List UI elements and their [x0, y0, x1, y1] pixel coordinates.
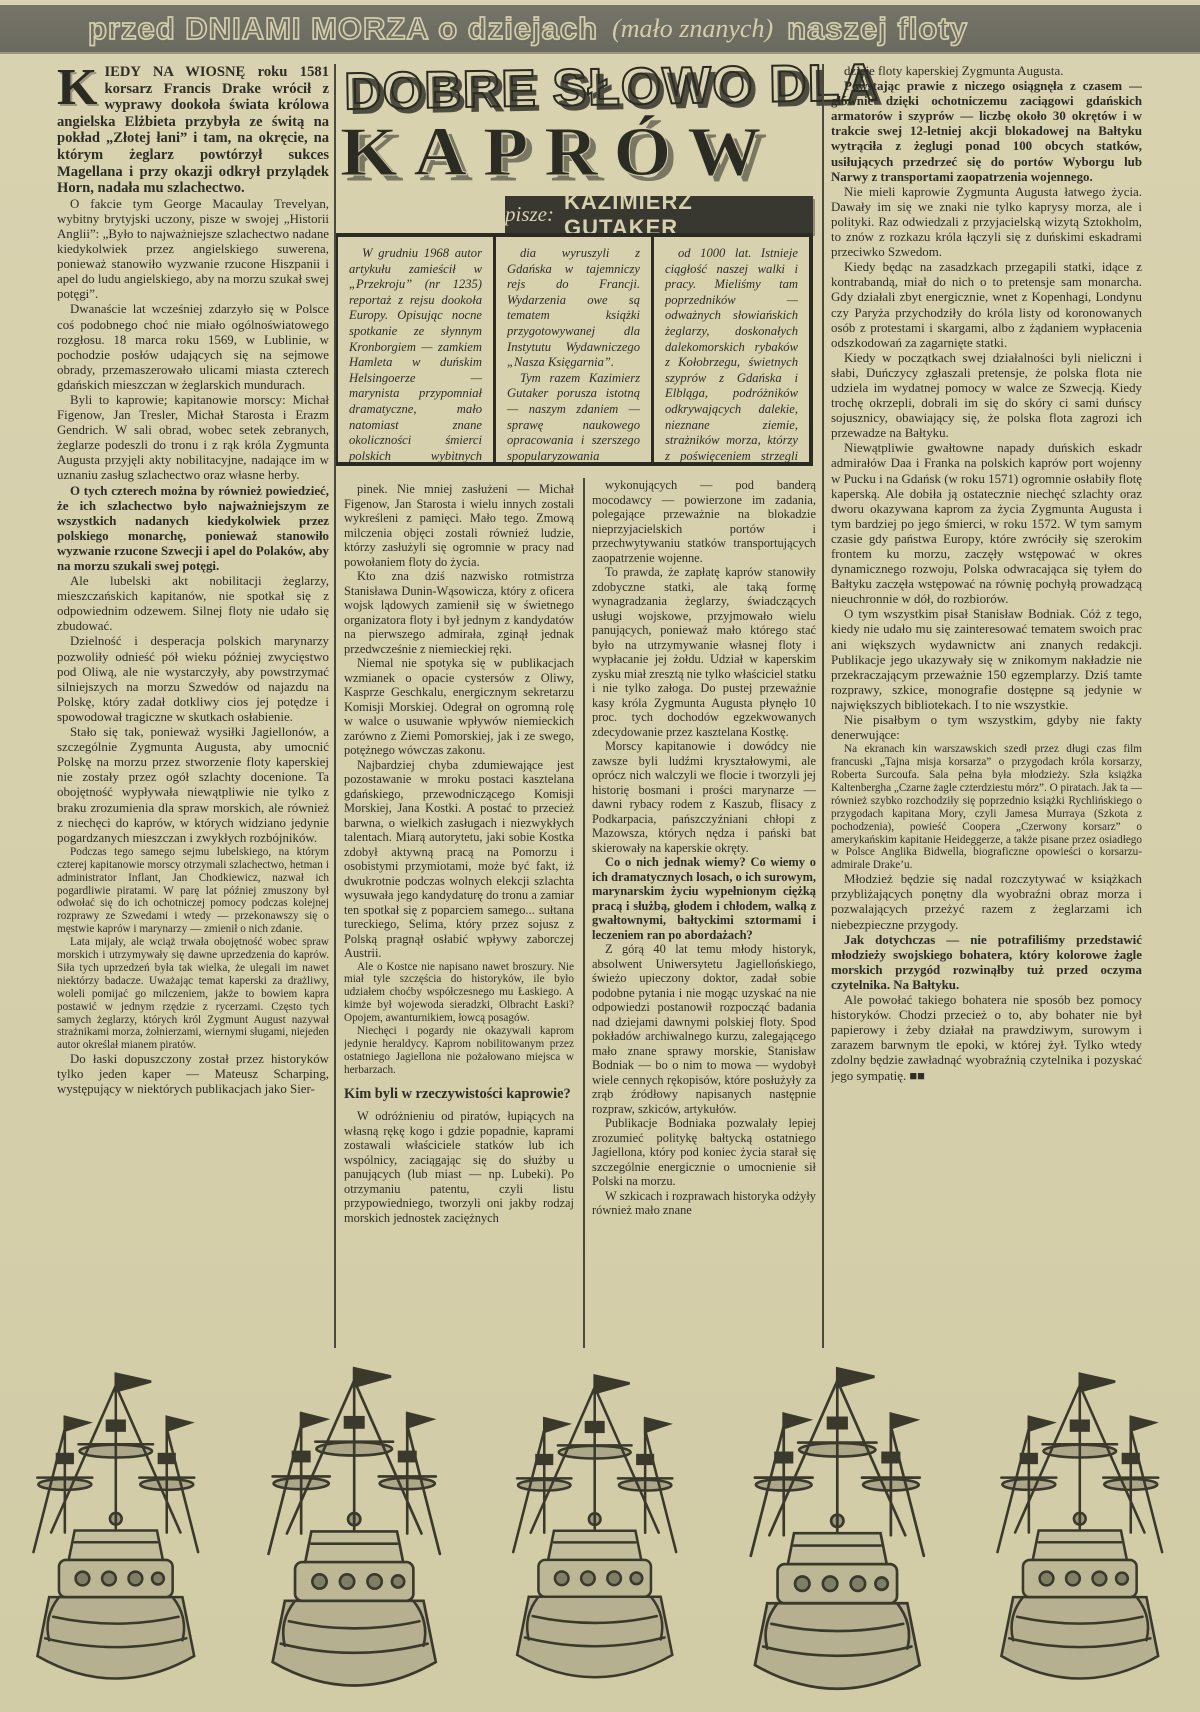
paragraph: Na ekranach kin warszawskich szedł przez… [831, 743, 1142, 872]
paragraph: O tych czterech można by również powiedz… [57, 484, 329, 575]
paragraph: Kim byli w rzeczywistości kaprowie? [344, 1086, 574, 1103]
drop-cap-initial: K [57, 67, 97, 109]
article-column-3: wykonujących — pod banderą mocodawcy — p… [592, 478, 816, 1348]
column-rule-1 [334, 64, 336, 1348]
paragraph: Morscy kapitanowie i dowódcy nie zawsze … [592, 739, 816, 855]
paragraph: Ale lubelski akt nobilitacji żeglarzy, m… [57, 574, 329, 634]
paragraph: Niechęci i pogardy nie okazywali kaprom … [344, 1025, 574, 1077]
paragraph: Stało się tak, ponieważ wysiłki Jagiello… [57, 725, 329, 846]
paragraph: Ale powołać takiego bohatera nie sposób … [831, 993, 1142, 1084]
paragraph: Podczas tego samego sejmu lubelskiego, n… [57, 846, 329, 936]
paragraph: Kiedy będąc na zasadzkach przegapili sta… [831, 260, 1142, 351]
paragraph: Ale o Kostce nie napisano nawet broszury… [344, 961, 574, 1026]
paragraph: Kiedy w początkach swej działalności byl… [831, 351, 1142, 442]
banner-text-right: naszej floty [787, 11, 968, 47]
ship-stern-illustration [997, 1374, 1162, 1679]
paragraph: Do łaski dopuszczony został przez histor… [57, 1052, 329, 1097]
ship-engravings-band [0, 1352, 1200, 1712]
paragraph: dzieje floty kaperskiej Zygmunta Augusta… [831, 64, 1142, 79]
ship-stern-illustration [751, 1368, 924, 1688]
paragraph: Nie mieli kaprowie Zygmunta Augusta łatw… [831, 185, 1142, 260]
paragraph: Lata mijały, ale wciąż trwała obojętność… [57, 936, 329, 1052]
banner-text-left: przed DNIAMI MORZA o dziejach [88, 11, 598, 47]
paragraph: wykonujących — pod banderą mocodawcy — p… [592, 478, 816, 565]
paragraph: O fakcie tym George Macaulay Trevelyan, … [57, 197, 329, 303]
ship-stern-illustration [269, 1368, 440, 1685]
headline-line2: KAPRÓW [340, 112, 814, 193]
paragraph: Powstając prawie z niczego osiągnęła z c… [831, 79, 1142, 185]
paragraph: Najbardziej chyba zdumiewające jest pozo… [344, 758, 574, 961]
paragraph: Nie pisałbym o tym wszystkim, gdyby nie … [831, 713, 1142, 743]
page-banner: przed DNIAMI MORZA o dziejach (mało znan… [0, 5, 1200, 52]
paragraph: To prawda, że zapłatę kaprów stanowiły z… [592, 565, 816, 739]
banner-text-italic: (mało znanych) [612, 14, 773, 44]
ship-stern-illustration [33, 1374, 198, 1679]
paragraph: Byli to kaprowie; kapitanowie morscy: Mi… [57, 393, 329, 484]
article-column-4: dzieje floty kaperskiej Zygmunta Augusta… [831, 64, 1142, 1348]
paragraph: dia wyruszyli z Gdańska w tajemniczy rej… [507, 246, 640, 371]
paragraph: Jak dotychczas — nie potrafiliśmy przeds… [831, 933, 1142, 993]
paragraph: Młodzież będzie się nadal rozczytywać w … [831, 872, 1142, 932]
paragraph: od 1000 lat. Istnieje ciągłość naszej wa… [665, 246, 798, 462]
intro-box-column-1: W grudniu 1968 autor artykułu zamieścił … [338, 237, 493, 462]
paragraph: KIEDY NA WIOSNĘ roku 1581 korsarz Franci… [57, 64, 329, 197]
article-column-2: pinek. Nie mniej zasłużeni — Michał Fige… [344, 482, 574, 1348]
paragraph: Dzielność i desperacja polskich marynarz… [57, 634, 329, 725]
paragraph: W grudniu 1968 autor artykułu zamieścił … [349, 246, 482, 462]
paragraph: Dwanaście lat wcześniej zdarzyło się w P… [57, 302, 329, 393]
paragraph: Z górą 40 lat temu młody historyk, absol… [592, 942, 816, 1116]
paragraph: Kto zna dziś nazwisko rotmistrza Stanisł… [344, 569, 574, 656]
paragraph: Niemal nie spotyka się w publikacjach wz… [344, 656, 574, 758]
column-rule-2 [583, 478, 585, 1348]
paragraph: Tym razem Kazimierz Gutaker porusza isto… [507, 371, 640, 462]
paragraph: Publikacje Bodniaka pozwalały lepiej zro… [592, 1116, 816, 1189]
intro-box-column-2: dia wyruszyli z Gdańska w tajemniczy rej… [493, 237, 651, 462]
ship-stern-illustration [513, 1376, 676, 1678]
magazine-page: przed DNIAMI MORZA o dziejach (mało znan… [0, 0, 1200, 1712]
paragraph: W odróżnieniu od piratów, łupiących na w… [344, 1109, 574, 1225]
byline-prefix: pisze: [505, 202, 554, 227]
paragraph: W szkicach i rozprawach historyka odżyły… [592, 1189, 816, 1218]
paragraph: Co o nich jednak wiemy? Co wiemy o ich d… [592, 855, 816, 942]
paragraph: pinek. Nie mniej zasłużeni — Michał Fige… [344, 482, 574, 569]
column-rule-3 [822, 64, 824, 1348]
intro-box-column-3: od 1000 lat. Istnieje ciągłość naszej wa… [651, 237, 809, 462]
byline-bar: pisze: KAZIMIERZ GUTAKER [505, 196, 813, 233]
article-column-1: KIEDY NA WIOSNĘ roku 1581 korsarz Franci… [57, 64, 329, 1348]
paragraph: Niewątpliwie gwałtowne napady duńskich e… [831, 441, 1142, 607]
paragraph: O tym wszystkim pisał Stanisław Bodniak.… [831, 607, 1142, 713]
intro-box: W grudniu 1968 autor artykułu zamieścił … [334, 233, 813, 466]
